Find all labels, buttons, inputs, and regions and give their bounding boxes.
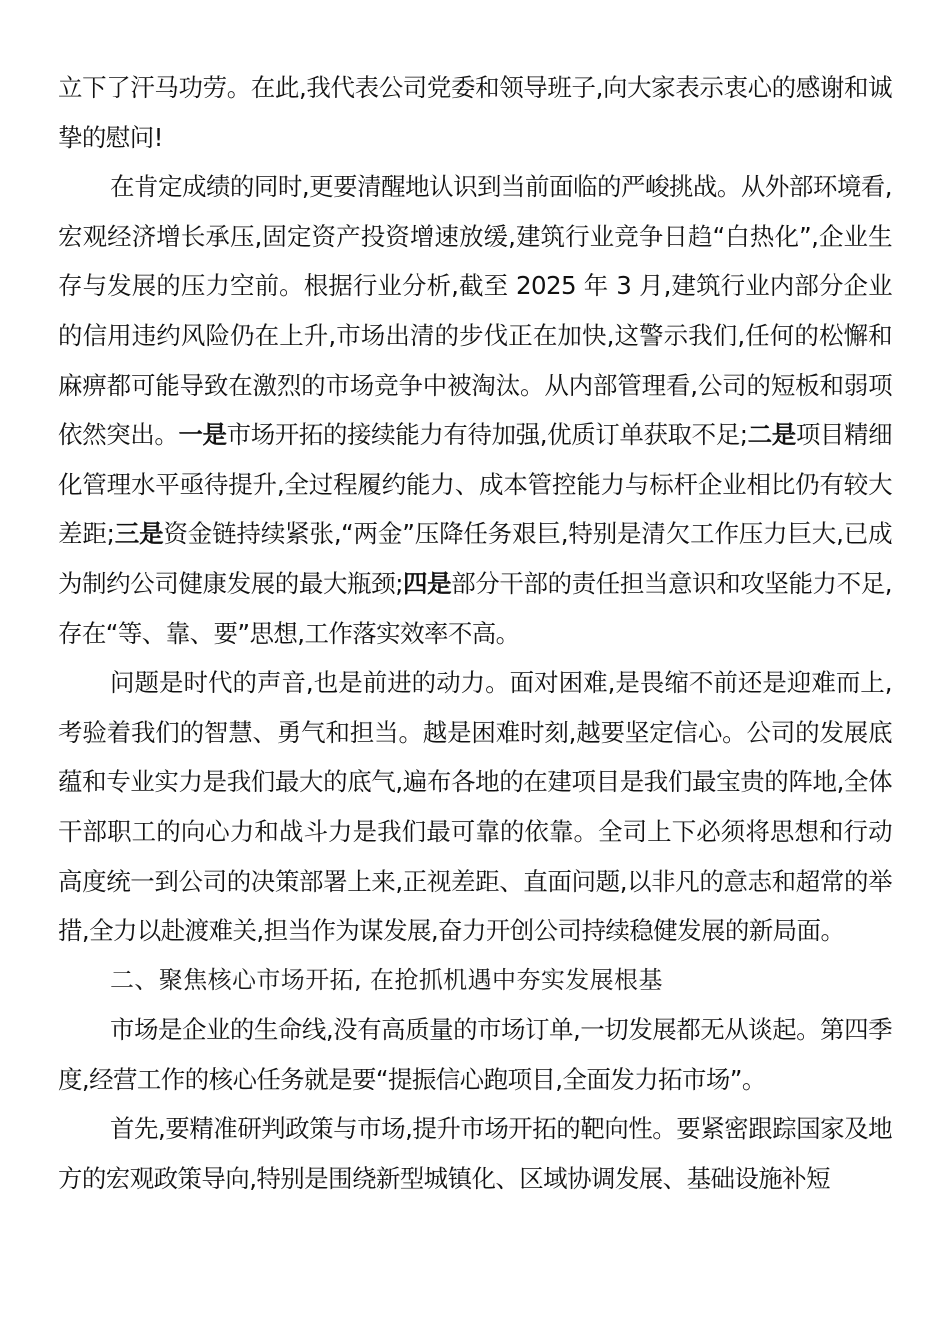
point-two-label: 二是 — [747, 420, 795, 449]
challenges-text-2: 市场开拓的接续能力有待加强,优质订单获取不足; — [227, 420, 748, 449]
point-three-label: 三是 — [114, 519, 163, 548]
challenges-text-1: 在肯定成绩的同时,更要清醒地认识到当前面临的严峻挑战。从外部环境看,宏观经济增长… — [58, 172, 892, 449]
paragraph-gratitude: 立下了汗马功劳。在此,我代表公司党委和领导班子,向大家表示衷心的感谢和诚挚的慰问… — [58, 63, 892, 162]
paragraph-challenges: 在肯定成绩的同时,更要清醒地认识到当前面临的严峻挑战。从外部环境看,宏观经济增长… — [58, 162, 892, 658]
document-page: 立下了汗马功劳。在此,我代表公司党委和领导班子,向大家表示衷心的感谢和诚挚的慰问… — [58, 63, 892, 1204]
point-one-label: 一是 — [178, 420, 226, 449]
point-four-label: 四是 — [403, 569, 451, 598]
paragraph-market-lifeline: 市场是企业的生命线,没有高质量的市场订单,一切发展都无从谈起。第四季度,经营工作… — [58, 1005, 892, 1104]
paragraph-confidence: 问题是时代的声音,也是前进的动力。面对困难,是畏缩不前还是迎难而上,考验着我们的… — [58, 658, 892, 956]
paragraph-policy-research: 首先,要精准研判政策与市场,提升市场开拓的靶向性。要紧密跟踪国家及地方的宏观政策… — [58, 1104, 892, 1203]
section-heading: 二、聚焦核心市场开拓, 在抢抓机遇中夯实发展根基 — [58, 956, 892, 1006]
